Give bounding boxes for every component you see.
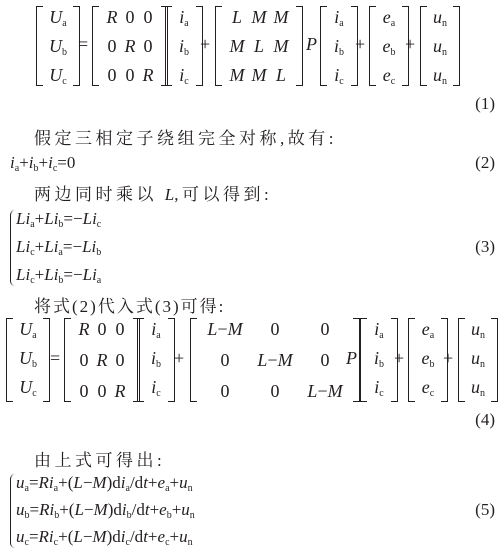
left-brace-5 bbox=[10, 474, 15, 548]
paragraph-symmetry: 假定三相定子绕组完全对称,故有: bbox=[34, 124, 337, 149]
neutral-voltage-vector: ununun bbox=[420, 6, 460, 86]
operator-p: P bbox=[306, 34, 317, 54]
equation-number-4: (4) bbox=[475, 410, 495, 430]
current-vector-2: iaibic bbox=[320, 6, 358, 86]
paragraph-substitute: 将式(2)代入式(3)可得: bbox=[34, 292, 225, 317]
equation-number-1: (1) bbox=[475, 94, 495, 114]
current-vector-4: iaibic bbox=[137, 318, 175, 402]
paragraph-multiply: 两边同时乘以 L,可以得到: bbox=[34, 180, 272, 205]
equation-number-3: (3) bbox=[475, 237, 495, 257]
resistance-matrix: R000R000R bbox=[92, 6, 168, 86]
equation-2: ia+ib+ic=0 bbox=[10, 153, 75, 174]
equation-number-2: (2) bbox=[475, 153, 495, 173]
emf-vector: eaebec bbox=[369, 6, 409, 86]
paragraph-derive: 由上式可得出: bbox=[34, 446, 165, 471]
voltage-vector-4: UaUbUc bbox=[6, 318, 50, 402]
lm-matrix: L−M000L−M000L−M bbox=[190, 318, 360, 402]
inductance-matrix: LMMMLMMML bbox=[215, 6, 303, 86]
voltage-vector: UaUbUc bbox=[36, 6, 80, 86]
neutral-vector-4: ununun bbox=[458, 318, 498, 402]
emf-vector-4: eaebec bbox=[408, 318, 448, 402]
resistance-matrix-4: R000R000R bbox=[64, 318, 140, 402]
left-brace bbox=[10, 210, 15, 286]
current-vector: iaibic bbox=[165, 6, 203, 86]
current-vector-4b: iaibic bbox=[360, 318, 398, 402]
equation-number-5: (5) bbox=[475, 500, 495, 520]
